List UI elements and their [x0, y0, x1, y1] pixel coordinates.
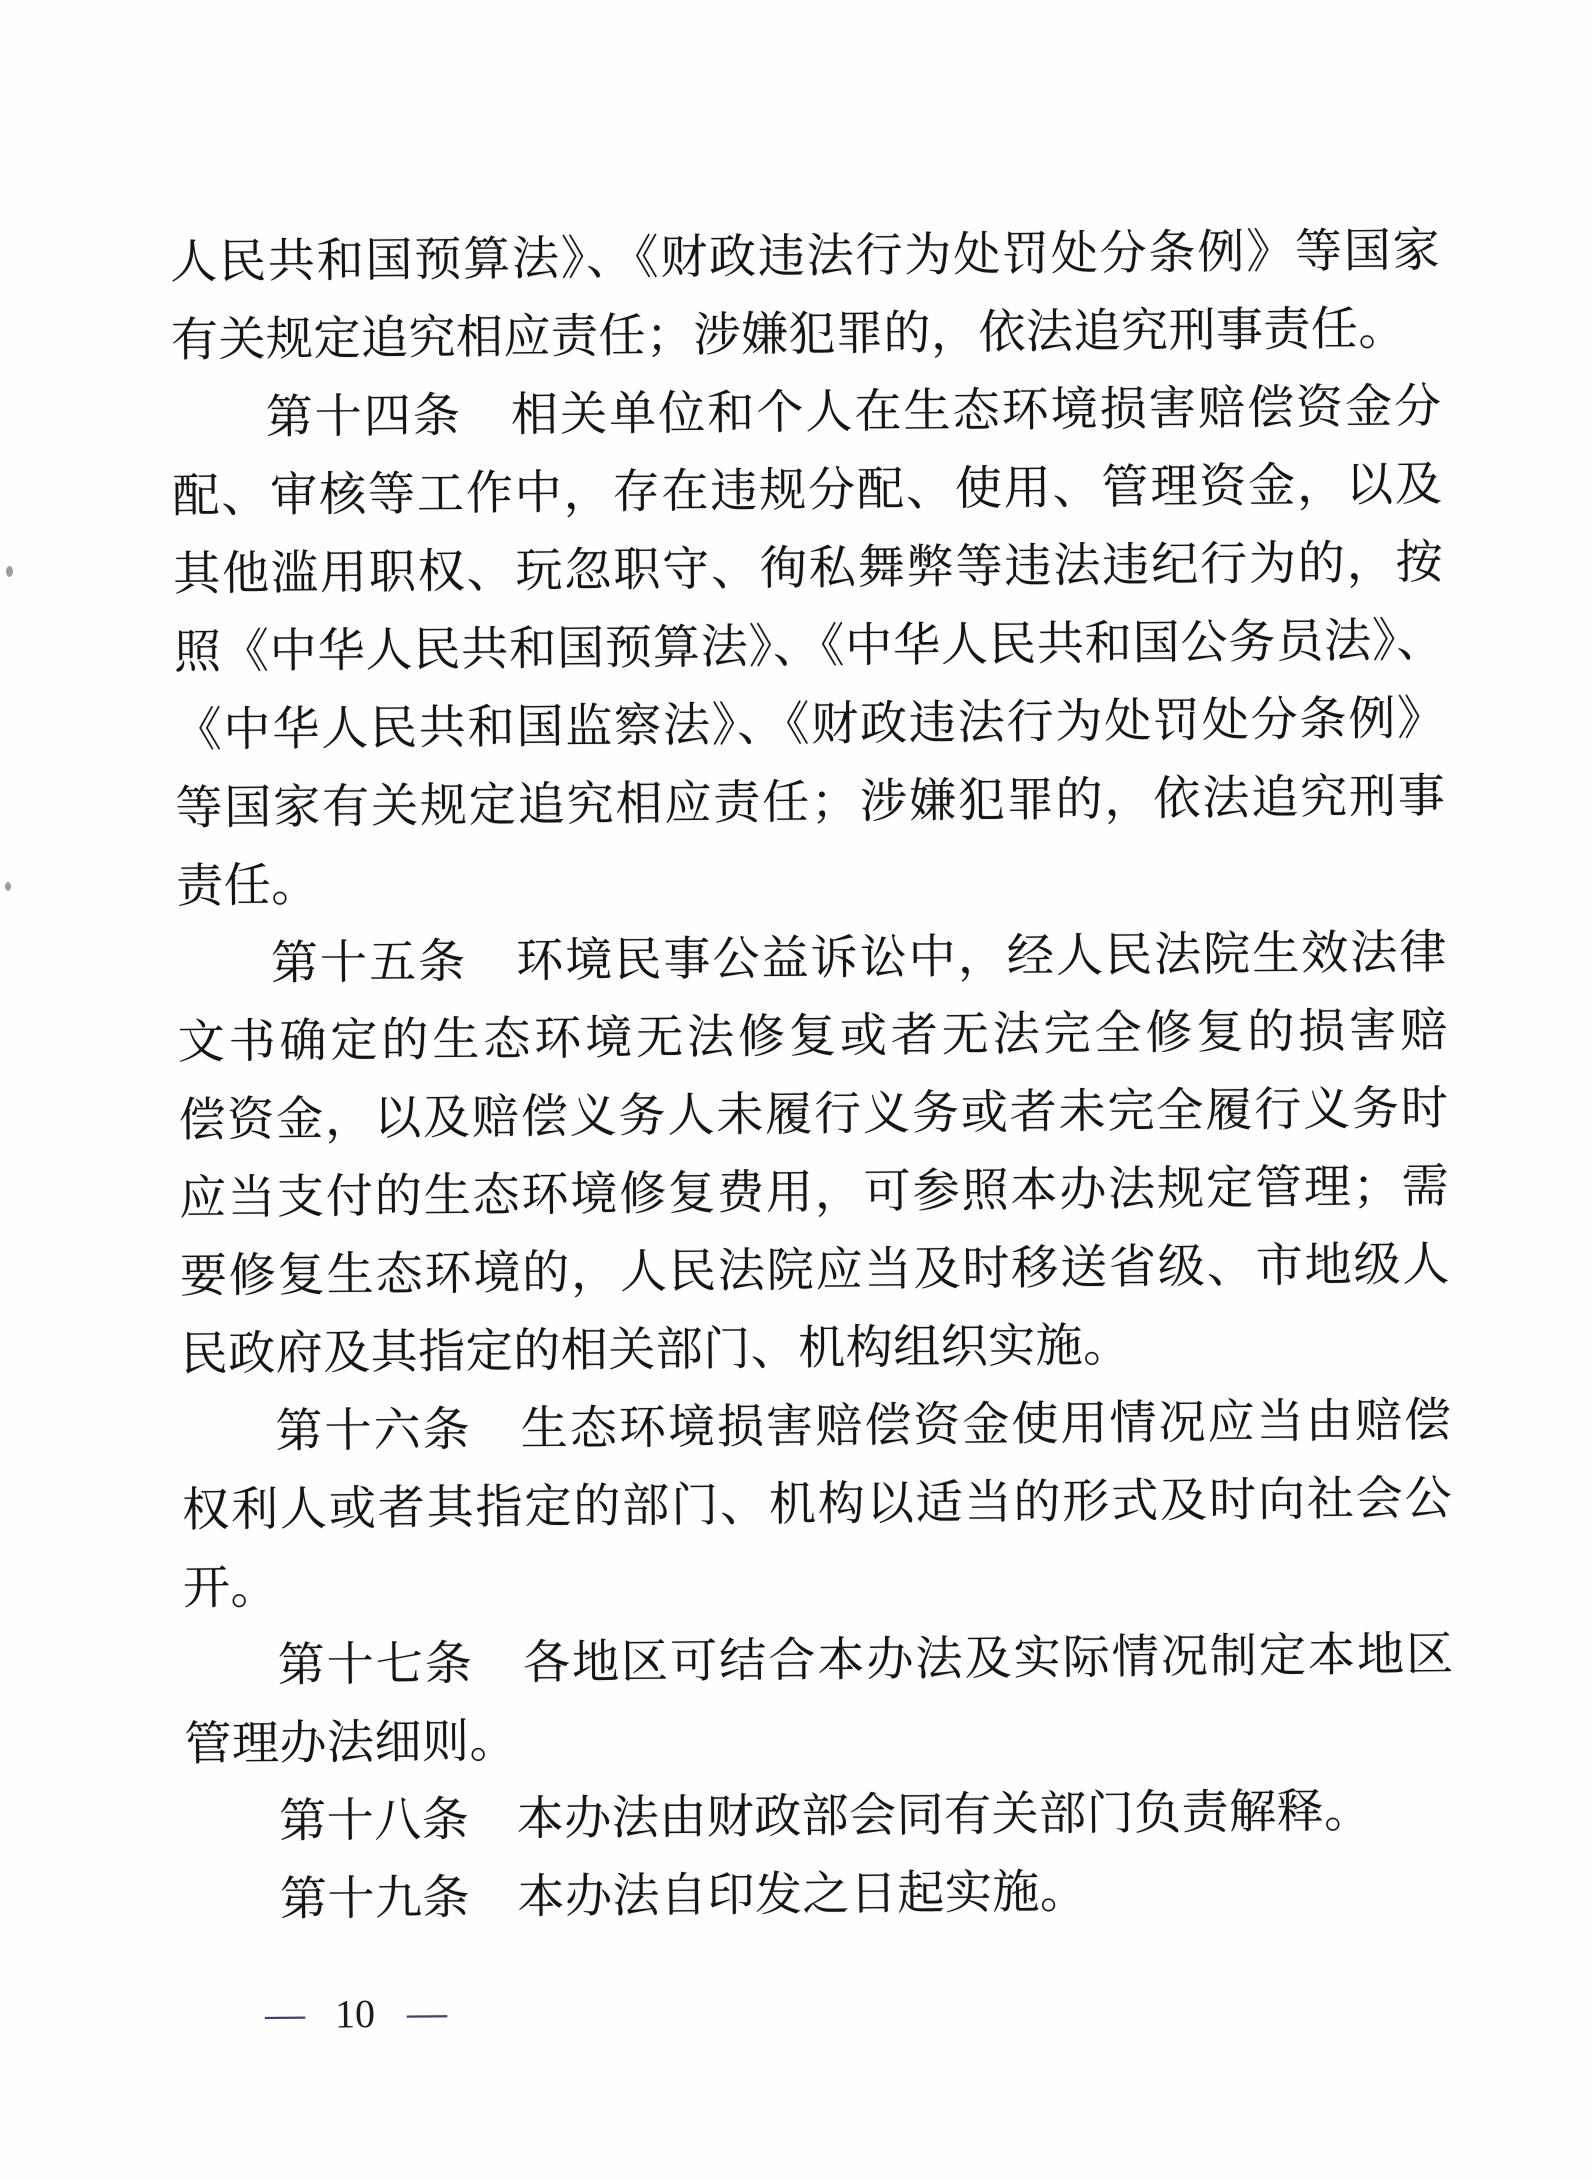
text-line: 等国家有关规定追究相应责任；涉嫌犯罪的，依法追究刑事 — [175, 758, 1446, 848]
document-page: { "document": { "language": "zh-CN", "pa… — [0, 0, 1592, 2178]
text-line: 配、审核等工作中，存在违规分配、使用、管理资金，以及 — [172, 446, 1443, 536]
text-line: 《中华人民共和国监察法》、《财政违法行为处罚处分条例》 — [174, 680, 1445, 770]
text-line: 要修复生态环境的，人民法院应当及时移送省级、市地级人 — [180, 1226, 1451, 1316]
page-number: 10 — [335, 1990, 375, 2037]
text-line: 第十四条 相关单位和个人在生态环境损害赔偿资金分 — [171, 368, 1442, 458]
text-line: 第十八条 本办法由财政部会同有关部门负责解释。 — [185, 1772, 1456, 1862]
text-line: 开。 — [183, 1538, 1454, 1628]
text-line: 第十九条 本办法自印发之日起实施。 — [186, 1850, 1457, 1940]
scan-artifact — [6, 566, 13, 577]
text-line: 责任。 — [176, 836, 1447, 926]
text-line: 第十七条 各地区可结合本办法及实际情况制定本地区 — [183, 1616, 1454, 1706]
text-line: 偿资金，以及赔偿义务人未履行义务或者未完全履行义务时 — [178, 1070, 1449, 1160]
text-line: 照《中华人民共和国预算法》、《中华人民共和国公务员法》、 — [174, 602, 1445, 692]
text-lines: 人民共和国预算法》、《财政违法行为处罚处分条例》等国家有关规定追究相应责任；涉嫌… — [170, 212, 1456, 1940]
text-line: 第十五条 环境民事公益诉讼中，经人民法院生效法律 — [177, 914, 1448, 1004]
footer-right-dash: — — [407, 1994, 445, 2032]
text-line: 其他滥用职权、玩忽职守、徇私舞弊等违法违纪行为的，按 — [173, 524, 1444, 614]
text-line: 第十六条 生态环境损害赔偿资金使用情况应当由赔偿 — [181, 1382, 1452, 1472]
scan-content: 人民共和国预算法》、《财政违法行为处罚处分条例》等国家有关规定追究相应责任；涉嫌… — [0, 0, 1592, 2178]
footer-left-dash: — — [265, 1996, 303, 2034]
text-line: 民政府及其指定的相关部门、机构组织实施。 — [180, 1304, 1451, 1394]
scan-artifact — [5, 882, 11, 891]
text-line: 应当支付的生态环境修复费用，可参照本办法规定管理；需 — [179, 1148, 1450, 1238]
text-line: 文书确定的生态环境无法修复或者无法完全修复的损害赔 — [177, 992, 1448, 1082]
page-footer: — 10 — — [265, 1989, 445, 2038]
text-line: 权利人或者其指定的部门、机构以适当的形式及时向社会公 — [182, 1460, 1453, 1550]
text-line: 有关规定追究相应责任；涉嫌犯罪的，依法追究刑事责任。 — [171, 290, 1442, 380]
text-line: 管理办法细则。 — [184, 1694, 1455, 1784]
text-line: 人民共和国预算法》、《财政违法行为处罚处分条例》等国家 — [170, 212, 1441, 302]
